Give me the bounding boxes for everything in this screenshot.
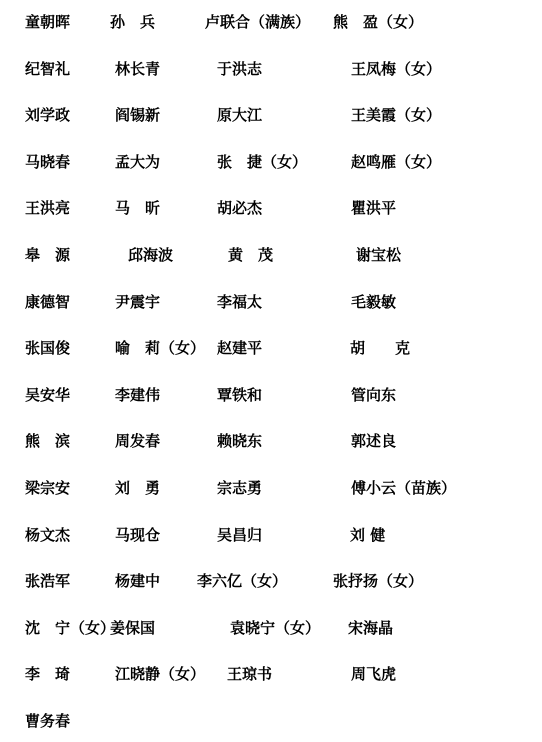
person-name: 马 昕 xyxy=(115,200,160,216)
person-name: 郭述良 xyxy=(351,433,396,449)
name-row: 纪智礼 林长青 于洪志 王凤梅（女） xyxy=(0,61,542,78)
person-name: 宗志勇 xyxy=(217,480,262,496)
name-row: 吴安华 李建伟 覃铁和 管向东 xyxy=(0,387,542,404)
person-name: 周飞虎 xyxy=(351,666,396,682)
person-name: 邱海波 xyxy=(128,247,173,263)
person-name: 于洪志 xyxy=(217,61,262,77)
person-name: 刘 勇 xyxy=(115,480,160,496)
person-name: 阎锡新 xyxy=(115,107,160,123)
name-row: 康德智 尹震宇 李福太 毛毅敏 xyxy=(0,294,542,311)
person-name: 管向东 xyxy=(351,387,396,403)
person-name: 覃铁和 xyxy=(217,387,262,403)
name-row: 杨文杰 马现仓 吴昌归 刘 健 xyxy=(0,527,542,544)
person-name: 刘 健 xyxy=(350,527,385,543)
person-name: 梁宗安 xyxy=(25,480,70,496)
person-name: 姜保国 xyxy=(110,620,155,636)
person-name: 熊 滨 xyxy=(25,433,70,449)
person-name: 尹震宇 xyxy=(115,294,160,310)
person-name: 吴昌归 xyxy=(217,527,262,543)
person-name: 杨建中 xyxy=(115,573,160,589)
person-name: 黄 茂 xyxy=(228,247,273,263)
person-name: 宋海晶 xyxy=(348,620,393,636)
person-name: 王洪亮 xyxy=(25,200,70,216)
person-name: 熊 盈（女） xyxy=(333,14,423,30)
person-name: 谢宝松 xyxy=(356,247,401,263)
name-row: 马晓春 孟大为 张 捷（女） 赵鸣雁（女） xyxy=(0,154,542,171)
person-name: 王美霞（女） xyxy=(351,107,441,123)
person-name: 卢联合（满族） xyxy=(205,14,310,30)
person-name: 刘学政 xyxy=(25,107,70,123)
person-name: 原大江 xyxy=(217,107,262,123)
person-name: 胡 克 xyxy=(350,340,410,356)
person-name: 马现仓 xyxy=(115,527,160,543)
person-name: 纪智礼 xyxy=(25,61,70,77)
person-name: 喻 莉（女） xyxy=(115,340,205,356)
person-name: 孟大为 xyxy=(115,154,160,170)
person-name: 张浩军 xyxy=(25,573,70,589)
person-name: 赖晓东 xyxy=(217,433,262,449)
person-name: 张抒扬（女） xyxy=(333,573,423,589)
name-row: 刘学政 阎锡新 原大江 王美霞（女） xyxy=(0,107,542,124)
name-row: 熊 滨 周发春 赖晓东 郭述良 xyxy=(0,433,542,450)
name-row: 梁宗安 刘 勇 宗志勇 傅小云（苗族） xyxy=(0,480,542,497)
person-name: 李福太 xyxy=(217,294,262,310)
person-name: 王凤梅（女） xyxy=(351,61,441,77)
person-name: 江晓静（女） xyxy=(115,666,205,682)
person-name: 杨文杰 xyxy=(25,527,70,543)
person-name: 吴安华 xyxy=(25,387,70,403)
name-row: 王洪亮 马 昕 胡必杰 瞿洪平 xyxy=(0,200,542,217)
person-name: 袁晓宁（女） xyxy=(230,620,320,636)
person-name: 瞿洪平 xyxy=(351,200,396,216)
person-name: 周发春 xyxy=(115,433,160,449)
person-name: 张国俊 xyxy=(25,340,70,356)
person-name: 赵建平 xyxy=(217,340,262,356)
person-name: 童朝晖 xyxy=(25,14,70,30)
person-name: 张 捷（女） xyxy=(217,154,307,170)
person-name: 曹务春 xyxy=(25,713,70,729)
name-row: 沈 宁（女） 姜保国 袁晓宁（女） 宋海晶 xyxy=(0,620,542,637)
person-name: 李建伟 xyxy=(115,387,160,403)
person-name: 林长青 xyxy=(115,61,160,77)
name-row: 曹务春 xyxy=(0,713,542,730)
name-row: 张浩军 杨建中 李六亿（女） 张抒扬（女） xyxy=(0,573,542,590)
person-name: 王琼书 xyxy=(227,666,272,682)
name-row: 皋 源 邱海波 黄 茂 谢宝松 xyxy=(0,247,542,264)
name-row: 童朝晖 孙 兵 卢联合（满族） 熊 盈（女） xyxy=(0,14,542,31)
person-name: 康德智 xyxy=(25,294,70,310)
name-row: 张国俊 喻 莉（女） 赵建平 胡 克 xyxy=(0,340,542,357)
name-row: 李 琦 江晓静（女） 王琼书 周飞虎 xyxy=(0,666,542,683)
person-name: 沈 宁（女） xyxy=(25,620,115,636)
person-name: 李 琦 xyxy=(25,666,70,682)
person-name: 皋 源 xyxy=(25,247,70,263)
roster-document-page: 童朝晖 孙 兵 卢联合（满族） 熊 盈（女） 纪智礼 林长青 于洪志 王凤梅（女… xyxy=(0,0,542,742)
person-name: 马晓春 xyxy=(25,154,70,170)
person-name: 傅小云（苗族） xyxy=(351,480,456,496)
person-name: 李六亿（女） xyxy=(197,573,287,589)
person-name: 毛毅敏 xyxy=(351,294,396,310)
person-name: 赵鸣雁（女） xyxy=(351,154,441,170)
person-name: 胡必杰 xyxy=(217,200,262,216)
person-name: 孙 兵 xyxy=(110,14,155,30)
